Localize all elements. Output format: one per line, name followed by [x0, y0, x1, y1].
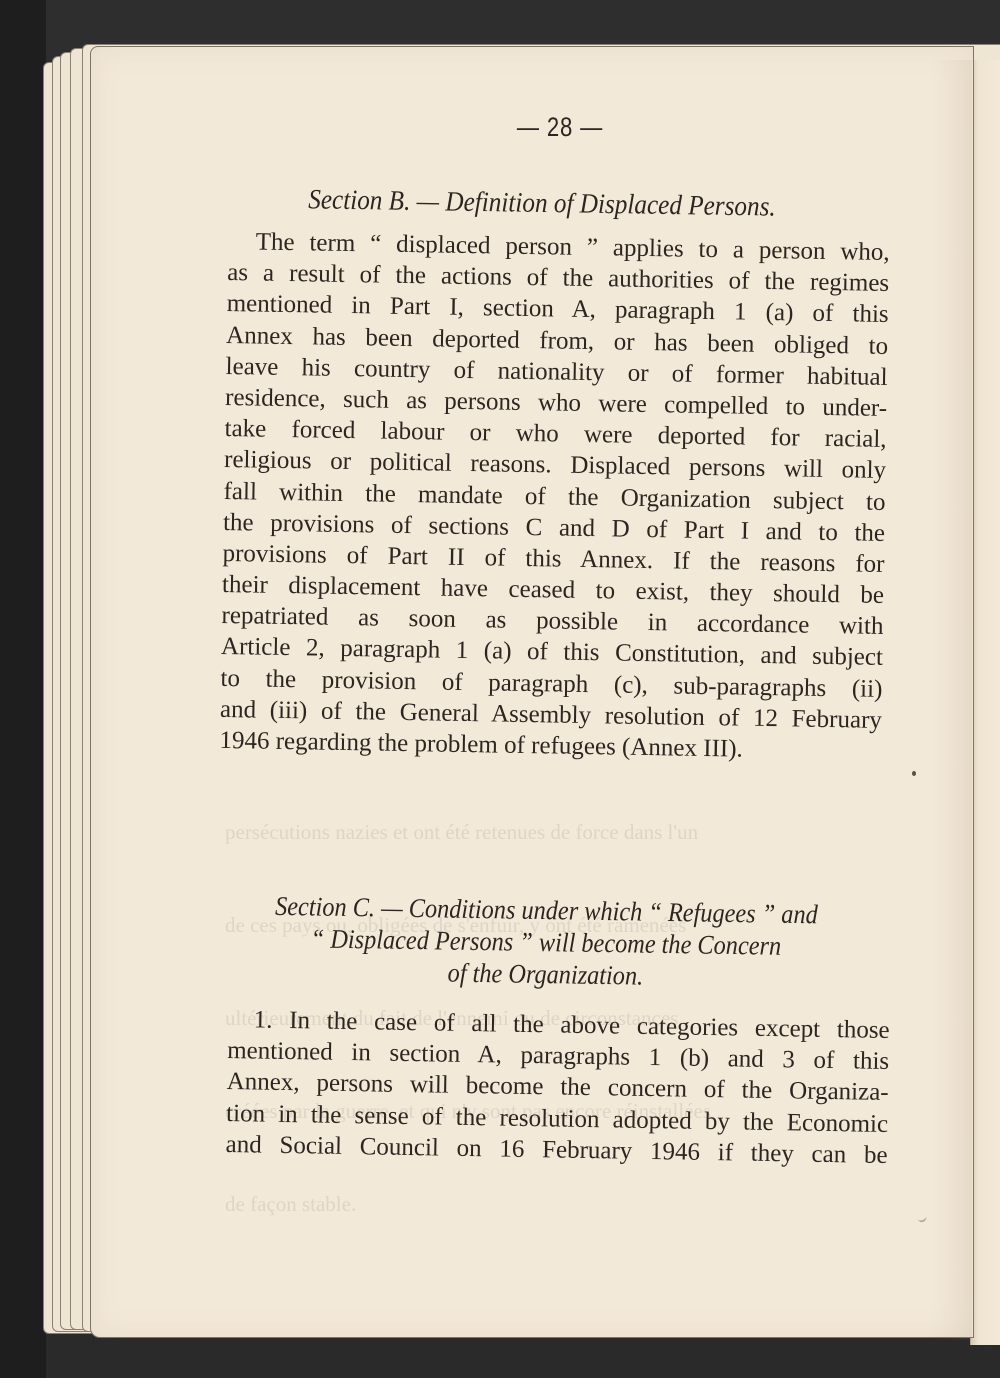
gutter-shadow [930, 60, 972, 1340]
section-c-paragraph-1: 1. In the case of all the above categori… [225, 1004, 889, 1171]
section-b-paragraph: The term “ displaced person ” applies to… [219, 226, 890, 767]
section-c-heading: Section C. — Conditions under which “ Re… [221, 889, 870, 995]
page-number: — 28 — [515, 112, 605, 143]
section-b-heading: Section B. — Definition of Displaced Per… [290, 180, 795, 228]
ink-speck [912, 771, 916, 776]
facing-page-edge [970, 60, 1000, 1345]
scan-background-left [0, 0, 46, 1378]
